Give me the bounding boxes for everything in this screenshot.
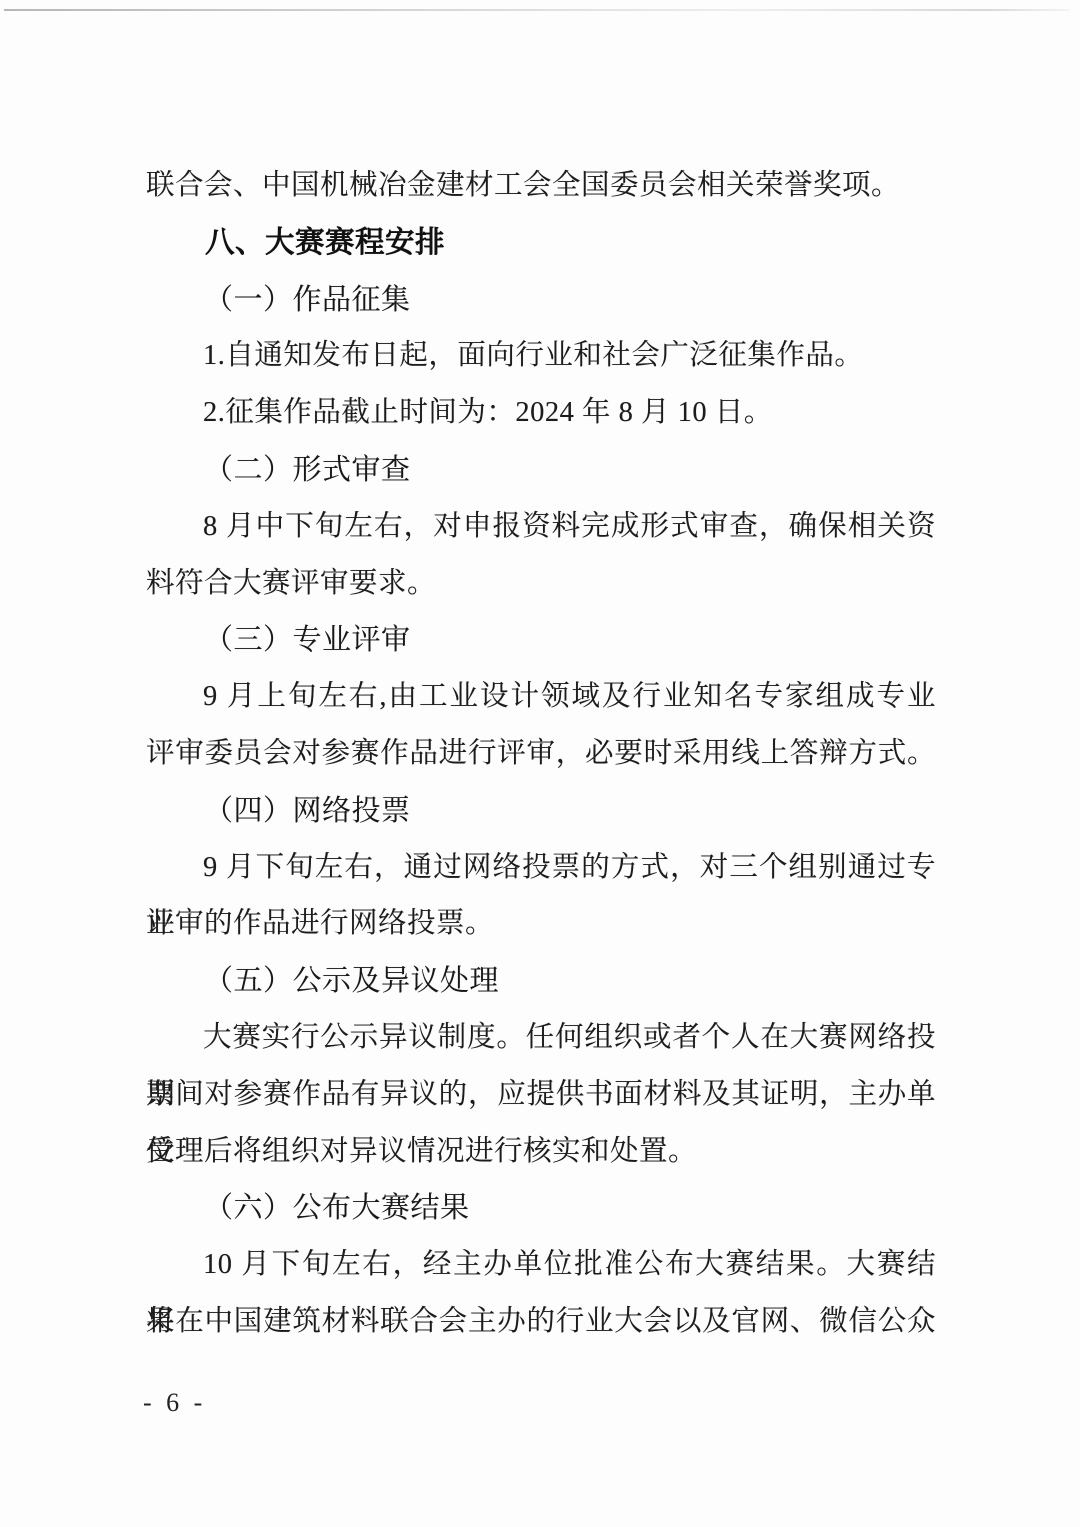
subsection-heading: （四）网络投票 (146, 783, 936, 840)
subsection-heading: （六）公布大赛结果 (146, 1180, 936, 1237)
text-line: 9 月下旬左右，通过网络投票的方式，对三个组别通过专业 (146, 840, 936, 897)
text-line: 将在中国建筑材料联合会主办的行业大会以及官网、微信公众 (146, 1294, 936, 1351)
text-line: 10 月下旬左右，经主办单位批准公布大赛结果。大赛结果 (146, 1237, 936, 1294)
text-line: 评审委员会对参赛作品进行评审，必要时采用线上答辩方式。 (146, 726, 936, 783)
section-heading: 八、大赛赛程安排 (146, 215, 936, 272)
text-line: 受理后将组织对异议情况进行核实和处置。 (146, 1124, 936, 1181)
subsection-heading: （一）作品征集 (146, 272, 936, 329)
text-line: 期间对参赛作品有异议的，应提供书面材料及其证明，主办单位 (146, 1067, 936, 1124)
subsection-heading: （三）专业评审 (146, 612, 936, 669)
page-number: - 6 - (143, 1383, 206, 1423)
text-line: 1.自通知发布日起，面向行业和社会广泛征集作品。 (146, 328, 936, 385)
text-line: 9 月上旬左右,由工业设计领域及行业知名专家组成专业 (146, 669, 936, 726)
subsection-heading: （二）形式审查 (146, 442, 936, 499)
scan-artifact-line (4, 9, 1070, 11)
text-line: 8 月中下旬左右，对申报资料完成形式审查，确保相关资 (146, 499, 936, 556)
text-line: 评审的作品进行网络投票。 (146, 896, 936, 953)
subsection-heading: （五）公示及异议处理 (146, 953, 936, 1010)
text-line: 2.征集作品截止时间为：2024 年 8 月 10 日。 (146, 385, 936, 442)
text-line: 大赛实行公示异议制度。任何组织或者个人在大赛网络投票 (146, 1010, 936, 1067)
text-line: 料符合大赛评审要求。 (146, 556, 936, 613)
document-page: 联合会、中国机械冶金建材工会全国委员会相关荣誉奖项。八、大赛赛程安排（一）作品征… (0, 0, 1080, 1527)
document-body: 联合会、中国机械冶金建材工会全国委员会相关荣誉奖项。八、大赛赛程安排（一）作品征… (146, 158, 936, 1351)
text-line: 联合会、中国机械冶金建材工会全国委员会相关荣誉奖项。 (146, 158, 936, 215)
